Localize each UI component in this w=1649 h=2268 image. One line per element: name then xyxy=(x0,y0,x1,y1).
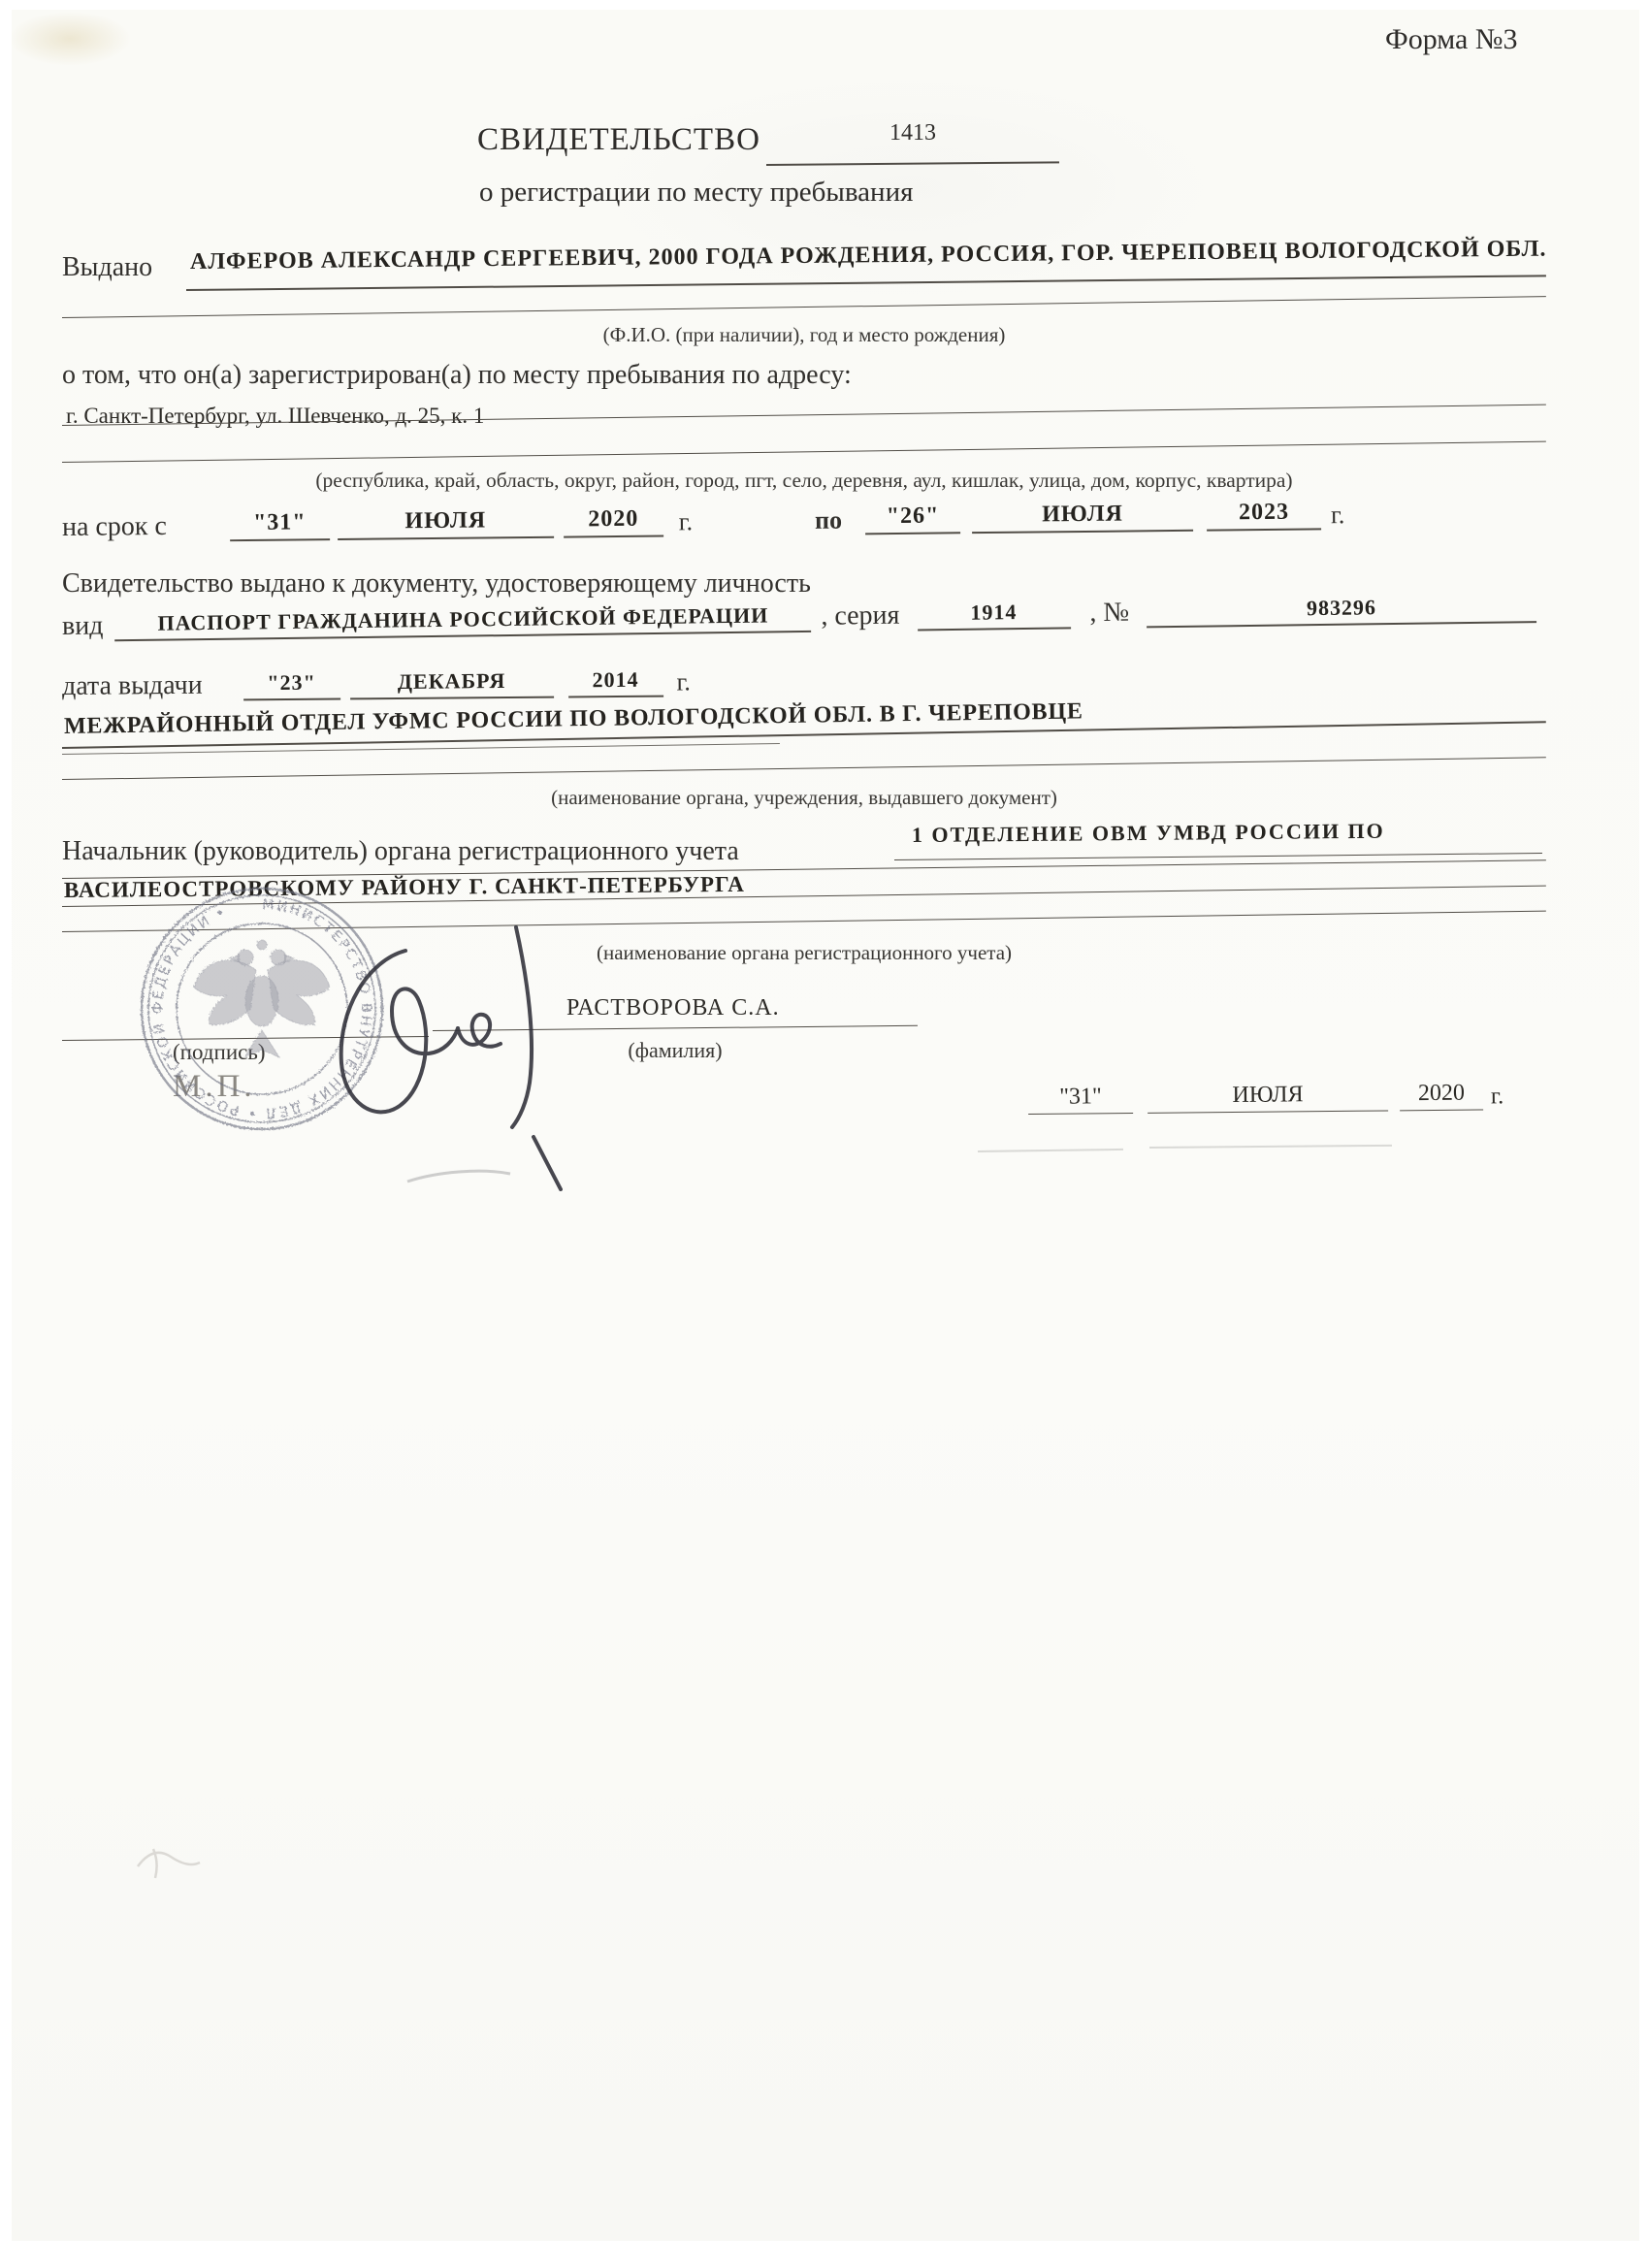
period-year-suffix-2: г. xyxy=(1331,501,1345,530)
certificate-heading: СВИДЕТЕЛЬСТВО xyxy=(477,122,760,158)
registration-intro: о том, что он(а) зарегистрирован(а) по м… xyxy=(62,360,852,391)
period-label: на срок с xyxy=(62,511,167,543)
identity-doc-intro: Свидетельство выдано к документу, удосто… xyxy=(62,568,811,599)
issue-date-year: 2020 xyxy=(1400,1080,1483,1111)
period-to-month: ИЮЛЯ xyxy=(972,501,1193,534)
period-from-month: ИЮЛЯ xyxy=(338,507,554,540)
issue-date-month: ИЮЛЯ xyxy=(1148,1081,1388,1113)
issued-to-caption: (Ф.И.О. (при наличии), год и место рожде… xyxy=(62,323,1546,347)
certificate-number: 1413 xyxy=(766,120,1059,146)
issued-to-label: Выдано xyxy=(62,252,152,283)
doc-issuer-caption: (наименование органа, учреждения, выдавш… xyxy=(62,786,1546,810)
doc-issue-date-row: дата выдачи "23" ДЕКАБРЯ 2014 г. xyxy=(62,665,691,702)
certificate-subtitle: о регистрации по месту пребывания xyxy=(479,177,913,209)
doc-issue-day: "23" xyxy=(242,669,339,700)
scanned-certificate-page: { "page": { "form_label": "Форма №3" }, … xyxy=(0,0,1649,2268)
issue-date-year-suffix: г. xyxy=(1491,1084,1503,1110)
handwritten-signature xyxy=(291,892,582,1213)
form-number-label: Форма №3 xyxy=(1385,23,1517,56)
address-caption: (республика, край, область, округ, район… xyxy=(62,469,1546,493)
period-to-label: по xyxy=(815,506,842,535)
issue-date-row: "31" ИЮЛЯ 2020 г. xyxy=(1028,1080,1503,1115)
doc-issue-year: 2014 xyxy=(567,667,663,698)
period-from-day: "31" xyxy=(230,509,330,541)
period-from-year: 2020 xyxy=(564,506,663,538)
doc-date-label: дата выдачи xyxy=(62,670,203,702)
doc-issue-month: ДЕКАБРЯ xyxy=(349,668,553,700)
pencil-smudge xyxy=(124,1822,250,1899)
issue-date-day: "31" xyxy=(1028,1084,1133,1115)
period-to-day: "26" xyxy=(865,502,960,535)
period-to-year: 2023 xyxy=(1207,499,1321,531)
doc-series-value: 1914 xyxy=(917,599,1070,631)
doc-number-label: , № xyxy=(1089,598,1129,630)
doc-number-value: 983296 xyxy=(1147,593,1536,628)
authority-value-line1: 1 ОТДЕЛЕНИЕ ОВМ УМВД РОССИИ ПО xyxy=(912,819,1385,848)
registration-address: г. Санкт-Петербург, ул. Шевченко, д. 25,… xyxy=(66,404,484,429)
doc-series-label: , серия xyxy=(821,600,899,632)
authority-label: Начальник (руководитель) органа регистра… xyxy=(62,836,739,867)
period-year-suffix-1: г. xyxy=(679,507,694,536)
doc-type-label: вид xyxy=(62,610,104,642)
surname-value: РАСТВОРОВА С.А. xyxy=(566,995,780,1021)
doc-year-suffix: г. xyxy=(676,667,690,697)
